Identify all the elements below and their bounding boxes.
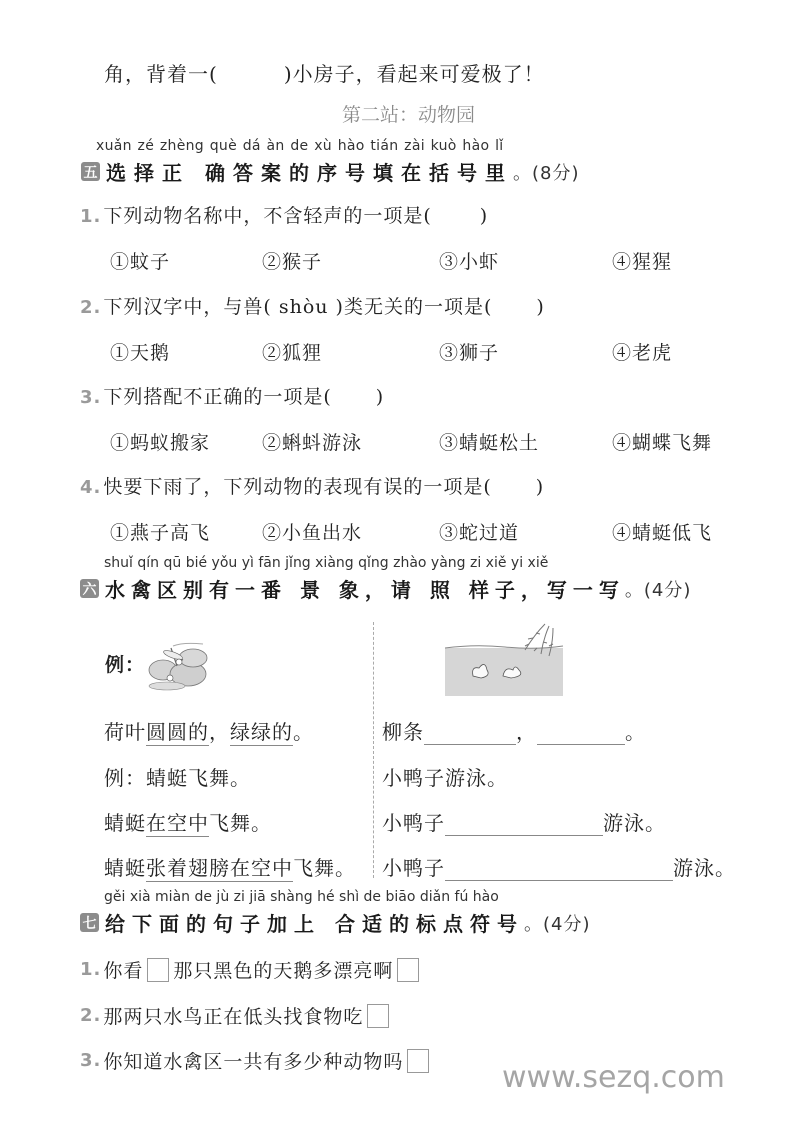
option: ①天鹅 — [110, 338, 170, 365]
section6-header: 六 水禽区别有一番 景 象，请 照 样子，写一写。(4分) — [80, 574, 691, 603]
option: ①蚂蚁搬家 — [110, 428, 210, 455]
ducks-willow-illustration — [445, 620, 565, 696]
example-line-1: 荷叶圆圆的，绿绿的。 — [104, 716, 314, 745]
punctuation-box[interactable] — [147, 958, 169, 982]
option: ④猩猩 — [612, 247, 672, 274]
fill-blank[interactable] — [537, 725, 625, 745]
top-line-after: )小房子，看起来可爱极了！ — [284, 62, 545, 86]
option: ④蜻蜓低飞 — [612, 518, 712, 545]
exercise-line-1: 柳条，。 — [382, 716, 646, 745]
punctuation-box[interactable] — [407, 1049, 429, 1073]
example-label: 例： — [105, 650, 145, 677]
section-number-badge: 五 — [81, 162, 100, 181]
option: ③狮子 — [439, 338, 499, 365]
section6-pinyin: shuǐ qín qū bié yǒu yì fān jǐng xiàng qǐ… — [104, 555, 548, 571]
section5-pinyin: xuǎn zé zhèng què dá àn de xù hào tián z… — [96, 138, 503, 154]
option: ③蛇过道 — [439, 518, 519, 545]
option: ③小虾 — [439, 247, 499, 274]
fill-blank[interactable] — [445, 861, 673, 881]
punctuation-question-2: 2. 那两只水鸟正在低头找食物吃 — [80, 1002, 393, 1029]
section5-header: 五 选择正 确答案的序号填在括号里。(8分) — [81, 157, 579, 186]
option: ②狐狸 — [262, 338, 322, 365]
section-score: (8分) — [532, 159, 580, 185]
option: ①燕子高飞 — [110, 518, 210, 545]
option: ④蝴蝶飞舞 — [612, 428, 712, 455]
column-divider — [373, 622, 374, 878]
punctuation-box[interactable] — [397, 958, 419, 982]
option: ②小鱼出水 — [262, 518, 362, 545]
punctuation-question-1: 1. 你看那只黑色的天鹅多漂亮啊 — [80, 956, 423, 983]
section-score: (4分) — [644, 576, 692, 602]
question-4: 4. 快要下雨了，下列动物的表现有误的一项是() — [80, 472, 544, 499]
example-line-4: 蜻蜓张着翅膀在空中飞舞。 — [104, 852, 356, 881]
section-number-badge: 六 — [80, 579, 99, 598]
section-title: 水禽区别有一番 景 象，请 照 样子，写一写 — [105, 574, 625, 603]
section-number-badge: 七 — [80, 913, 99, 932]
question-1: 1. 下列动物名称中，不含轻声的一项是() — [80, 201, 488, 228]
option: ②蝌蚪游泳 — [262, 428, 362, 455]
section7-pinyin: gěi xià miàn de jù zi jiā shàng hé shì d… — [104, 889, 499, 905]
exercise-line-2: 小鸭子游泳。 — [382, 762, 508, 791]
lotus-dragonfly-illustration — [143, 640, 215, 692]
section-title: 选择正 确答案的序号填在括号里 — [106, 157, 513, 186]
question-2: 2. 下列汉字中，与兽( shòu )类无关的一项是() — [80, 292, 545, 319]
station-title: 第二站：动物园 — [342, 100, 475, 127]
fill-blank[interactable] — [424, 725, 516, 745]
example-line-3: 蜻蜓在空中飞舞。 — [104, 807, 272, 836]
section-title: 给下面的句子加上 合适的标点符号 — [105, 908, 524, 937]
punctuation-box[interactable] — [367, 1004, 389, 1028]
option: ②猴子 — [262, 247, 322, 274]
example-line-2: 例：蜻蜓飞舞。 — [104, 762, 251, 791]
exercise-line-3: 小鸭子游泳。 — [382, 807, 666, 836]
top-continuation-line: 角，背着一()小房子，看起来可爱极了！ — [104, 58, 545, 87]
section-score: (4分) — [543, 910, 591, 936]
question-3: 3. 下列搭配不正确的一项是() — [80, 382, 384, 409]
top-line-before: 角，背着一( — [104, 62, 218, 86]
exercise-line-4: 小鸭子游泳。 — [382, 852, 736, 881]
option: ①蚊子 — [110, 247, 170, 274]
watermark: www.sezq.com — [502, 1060, 725, 1095]
punctuation-question-3: 3. 你知道水禽区一共有多少种动物吗 — [80, 1047, 433, 1074]
option: ④老虎 — [612, 338, 672, 365]
fill-blank[interactable] — [445, 816, 603, 836]
section7-header: 七 给下面的句子加上 合适的标点符号。(4分) — [80, 908, 590, 937]
option: ③蜻蜓松土 — [439, 428, 539, 455]
